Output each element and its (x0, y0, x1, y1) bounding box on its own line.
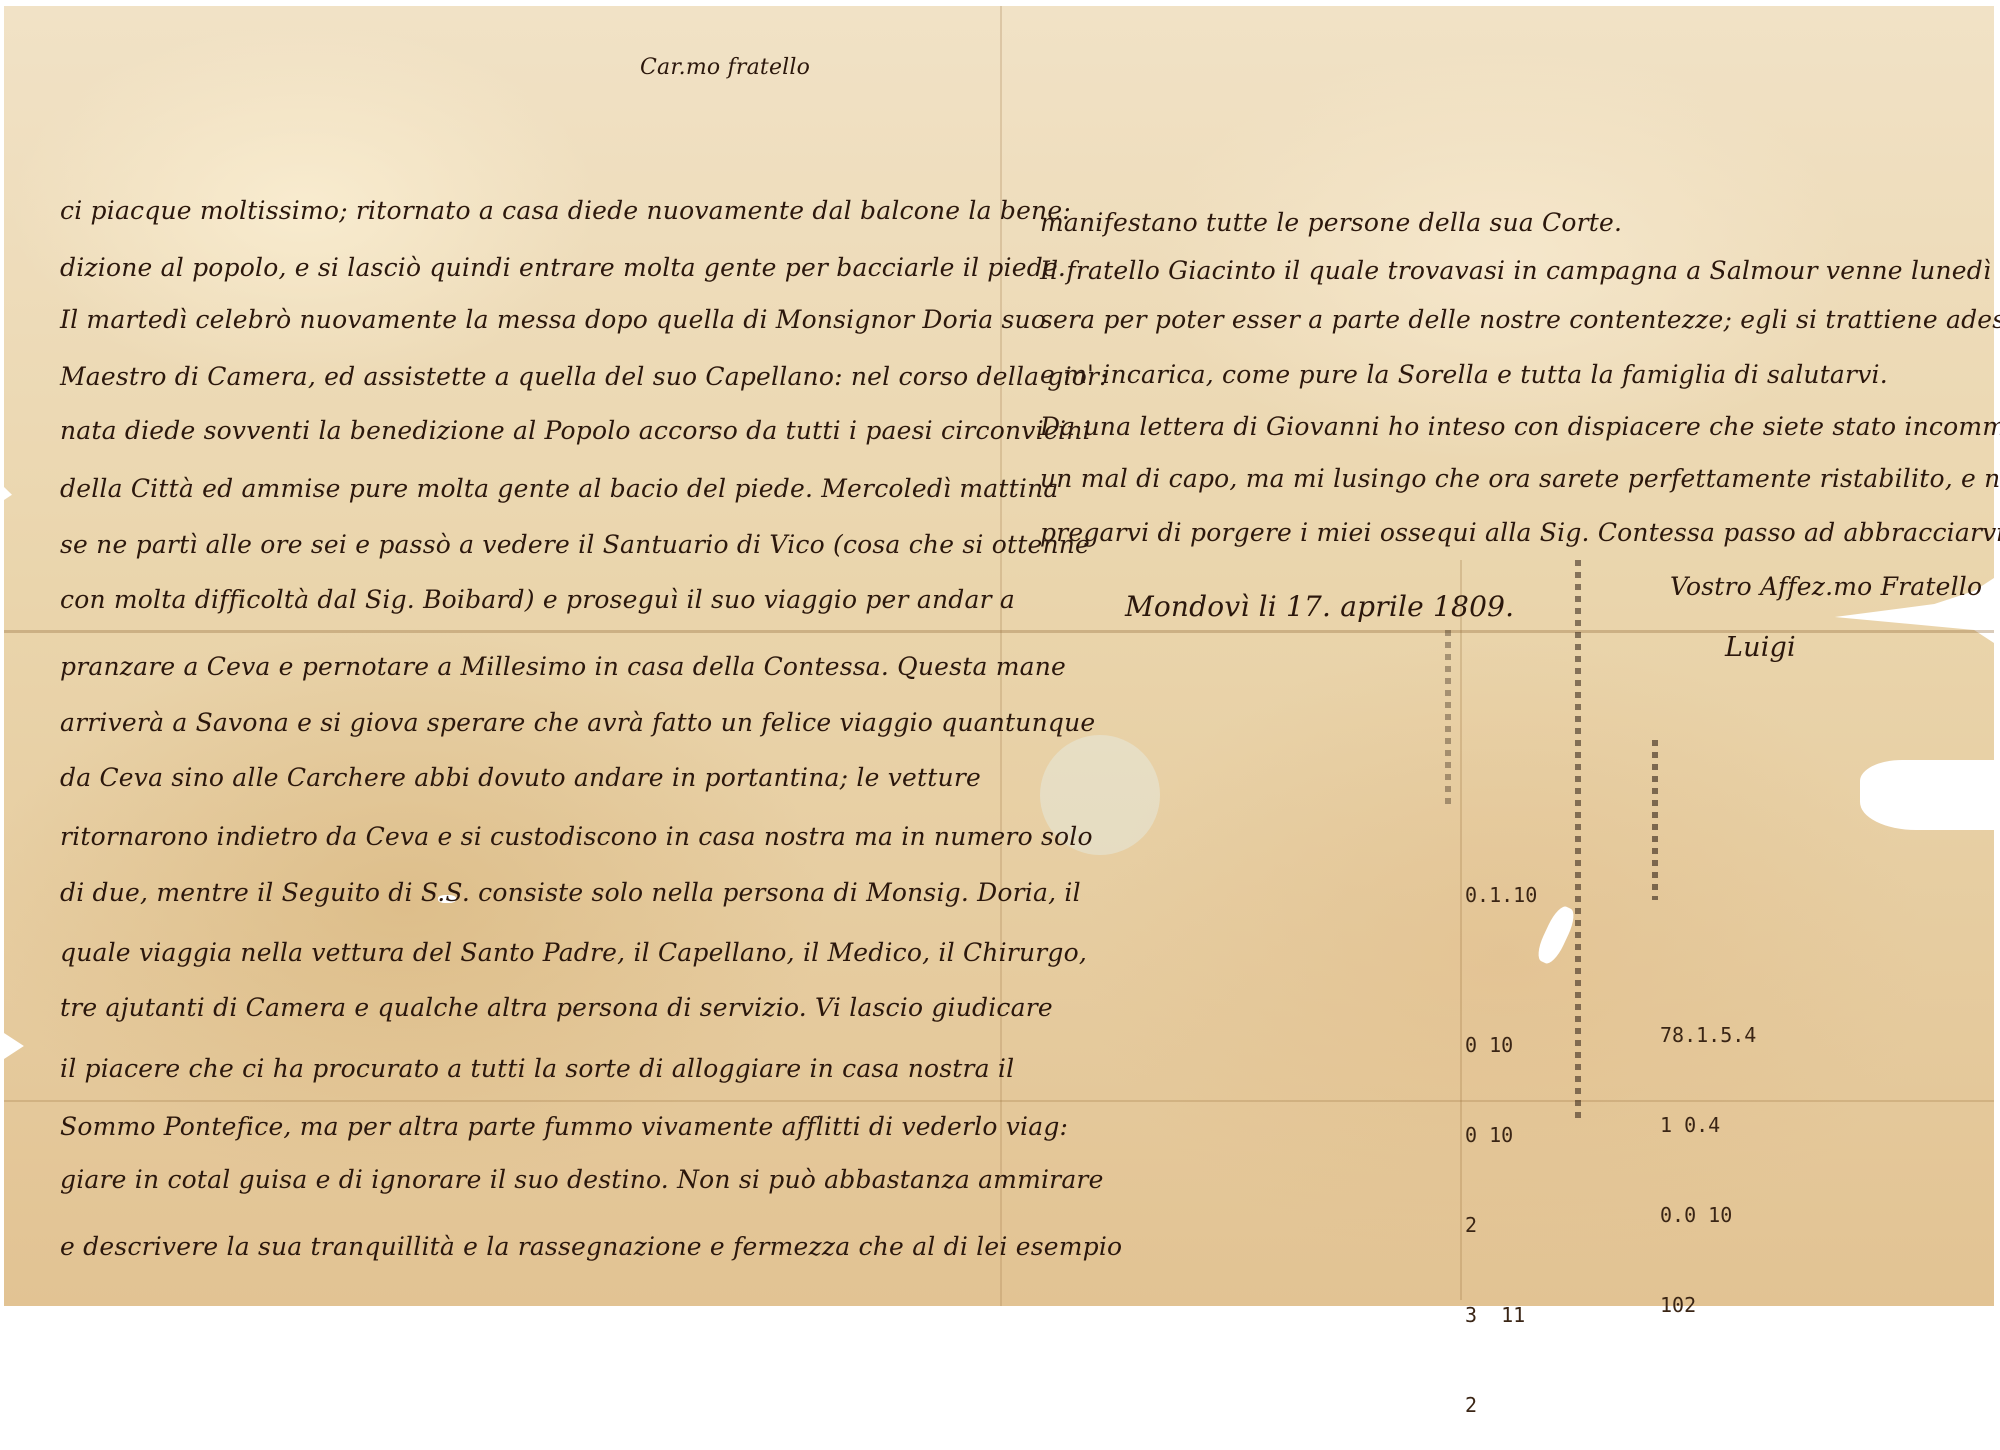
vertical-fold-crease-right (1460, 560, 1462, 1300)
left-line: tre ajutanti di Camera e qualche altra p… (60, 993, 1053, 1022)
left-line: arriverà a Savona e si giova sperare che… (60, 708, 1095, 737)
left-line: se ne partì alle ore sei e passò a veder… (60, 530, 1090, 559)
right-line: e m' incarica, come pure la Sorella e tu… (1040, 360, 1888, 389)
letter-dateline: Mondovì li 17. aprile 1809. (1125, 590, 1514, 623)
left-line: della Città ed ammise pure molta gente a… (60, 474, 1059, 503)
tally-value: 0 10 (1465, 1120, 1537, 1150)
tally-stroke-column (1445, 630, 1451, 810)
right-line: sera per poter esser a parte delle nostr… (1040, 305, 2000, 334)
horizontal-fold-crease (4, 630, 1994, 633)
tally-value: 102 (1660, 1290, 1756, 1311)
left-line: il piacere che ci ha procurato a tutti l… (60, 1054, 1014, 1083)
left-line: giare in cotal guisa e di ignorare il su… (60, 1165, 1104, 1194)
left-line: ritornarono indietro da Ceva e si custod… (60, 822, 1093, 851)
tally-stroke-column (1575, 560, 1581, 1120)
right-line: manifestano tutte le persone della sua C… (1040, 208, 1622, 237)
left-line: Sommo Pontefice, ma per altra parte fumm… (60, 1112, 1068, 1141)
tally-figures-left: 0.1.10 0 10 0 10 2 3 11 2 (1465, 820, 1537, 1311)
right-line: Da una lettera di Giovanni ho inteso con… (1040, 412, 2000, 441)
left-line: con molta difficoltà dal Sig. Boibard) e… (60, 585, 1015, 614)
tally-value: 0 10 (1465, 1030, 1537, 1060)
torn-edge (1860, 760, 2000, 830)
tally-value: 1 0.4 (1660, 1110, 1756, 1140)
tally-value: 3 11 (1465, 1300, 1537, 1311)
letter-signature: Luigi (1725, 632, 1796, 663)
letter-closing: Vostro Affez.mo Fratello (1670, 572, 1982, 601)
tally-value: 2 (1465, 1210, 1537, 1240)
left-line: ci piacque moltissimo; ritornato a casa … (60, 196, 1071, 225)
tally-value: 0.0 10 (1660, 1200, 1756, 1230)
left-line: dizione al popolo, e si lasciò quindi en… (60, 253, 1066, 282)
tally-figures-right: 78.1.5.4 1 0.4 0.0 10 102 (1660, 960, 1756, 1311)
left-line: e descrivere la sua tranquillità e la ra… (60, 1232, 1122, 1261)
header-mark: Car.mo fratello (640, 55, 810, 80)
left-line: nata diede sovventi la benedizione al Po… (60, 416, 1091, 445)
tally-value: 0.1.10 (1465, 880, 1537, 910)
tally-stroke-column (1652, 740, 1658, 900)
left-line: Maestro di Camera, ed assistette a quell… (60, 362, 1108, 391)
left-line: quale viaggia nella vettura del Santo Pa… (60, 938, 1087, 967)
left-line: da Ceva sino alle Carchere abbi dovuto a… (60, 763, 981, 792)
right-line: Il fratello Giacinto il quale trovavasi … (1040, 256, 2000, 285)
left-line: Il martedì celebrò nuovamente la messa d… (60, 305, 1046, 334)
right-line: un mal di capo, ma mi lusingo che ora sa… (1040, 464, 2000, 493)
left-line: di due, mentre il Seguito di S.S. consis… (60, 878, 1081, 907)
tally-value: 78.1.5.4 (1660, 1020, 1756, 1050)
right-line: pregarvi di porgere i miei ossequi alla … (1040, 518, 2000, 547)
left-line: pranzare a Ceva e pernotare a Millesimo … (60, 652, 1066, 681)
